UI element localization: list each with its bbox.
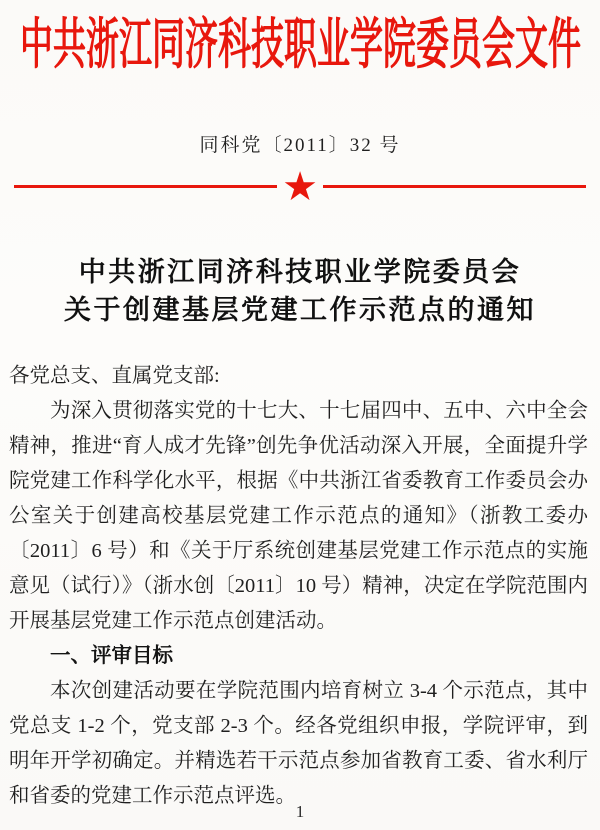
paragraph-2: 本次创建活动要在学院范围内培育树立 3-4 个示范点，其中党总支 1-2 个，党… <box>9 674 588 814</box>
divider-line-right <box>323 185 586 188</box>
document-title-line-1: 中共浙江同济科技职业学院委员会 <box>0 253 600 291</box>
paragraph-1: 为深入贯彻落实党的十七大、十七届四中、五中、六中全会精神，推进“育人成才先锋”创… <box>9 394 588 639</box>
star-icon: ★ <box>282 167 318 207</box>
section-heading-review-goals: 一、评审目标 <box>9 639 588 674</box>
salutation: 各党总支、直属党支部: <box>9 359 588 394</box>
document-body: 各党总支、直属党支部: 为深入贯彻落实党的十七大、十七届四中、五中、六中全会精神… <box>0 359 600 814</box>
document-page: 中共浙江同济科技职业学院委员会文件 同科党〔2011〕32 号 ★ 中共浙江同济… <box>0 0 600 830</box>
document-letterhead: 中共浙江同济科技职业学院委员会文件 <box>0 4 600 74</box>
letterhead-title-text: 中共浙江同济科技职业学院委员会文件 <box>20 0 581 79</box>
divider-line-left <box>14 185 277 188</box>
star-divider: ★ <box>0 165 600 207</box>
document-title: 中共浙江同济科技职业学院委员会 关于创建基层党建工作示范点的通知 <box>0 253 600 329</box>
document-number: 同科党〔2011〕32 号 <box>0 130 600 157</box>
document-title-line-2: 关于创建基层党建工作示范点的通知 <box>0 291 600 329</box>
page-number: 1 <box>0 802 600 822</box>
